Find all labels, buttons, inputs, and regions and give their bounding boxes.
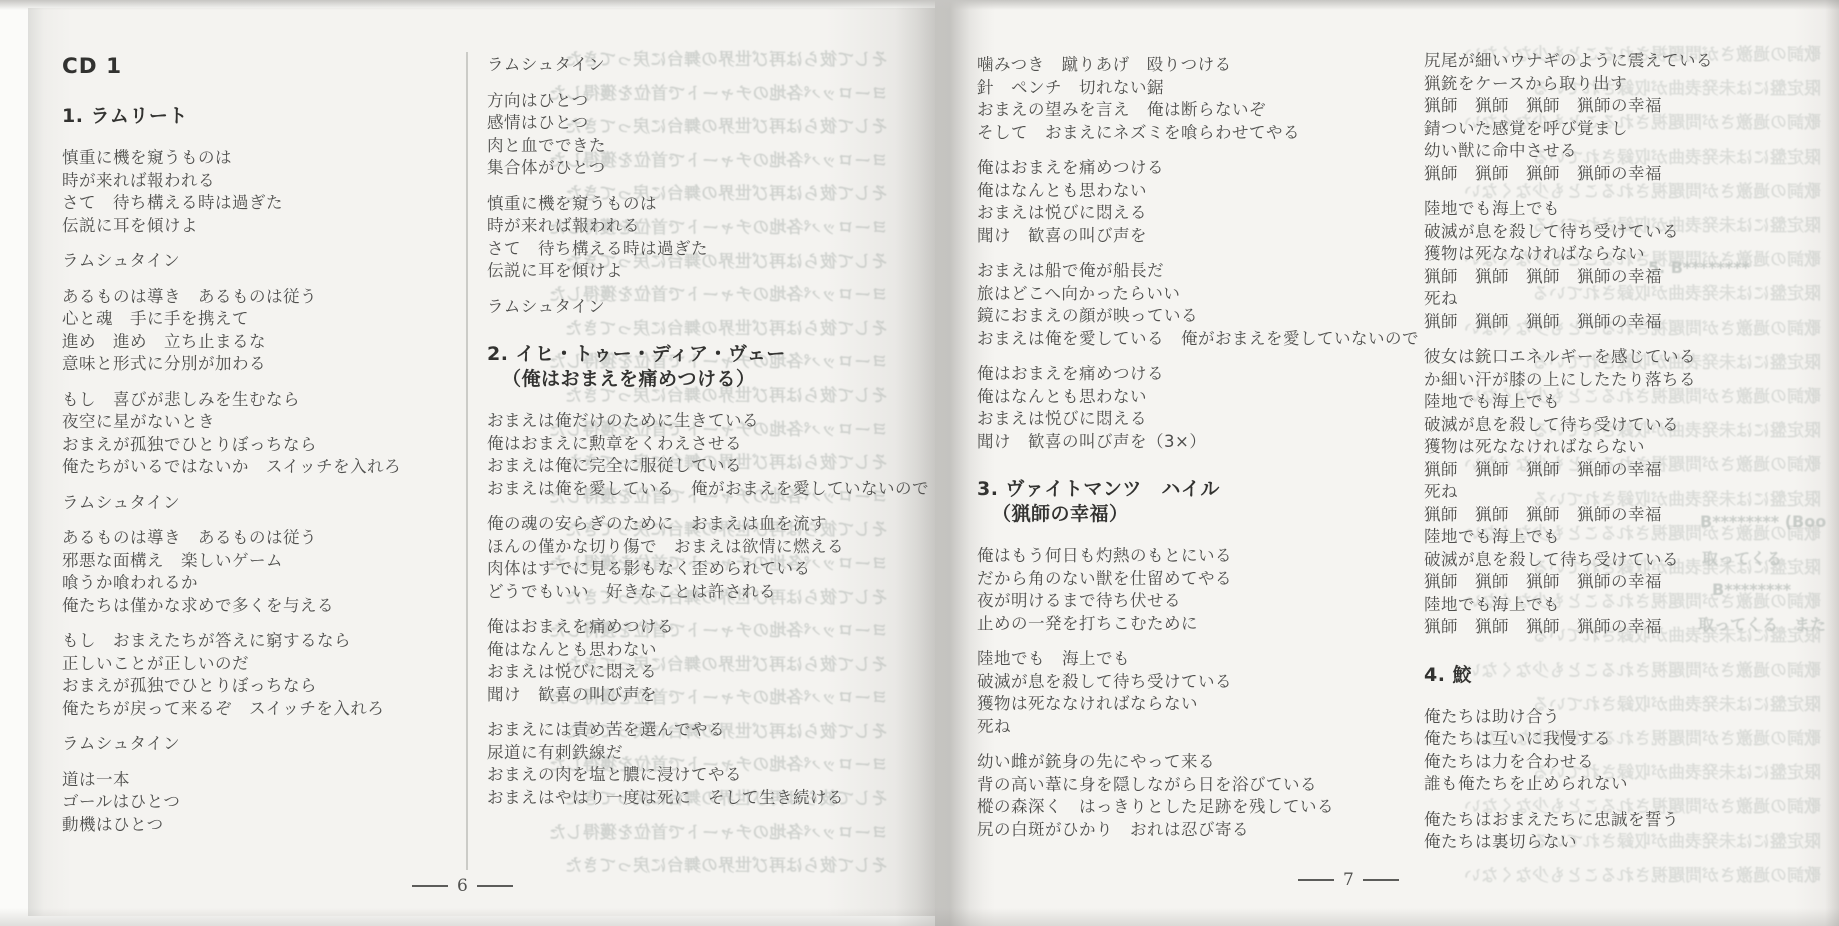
lyric-line: 喰うか喰われるか [62, 572, 432, 595]
lyric-line: もし 喜びが悲しみを生むなら [62, 389, 432, 412]
lyric-line: 進め 進め 立ち止まるな [62, 331, 432, 354]
lyric-line: 肉体はすでに見る影もなく歪められている [487, 558, 927, 581]
lyric-line: おまえが孤独でひとりぼっちなら [62, 675, 432, 698]
lyric-line: 背の高い葦に身を隠しながら日を浴びている [977, 774, 1422, 797]
stanza: おまえは船で俺が船長だ旅はどこへ向かったらいい鏡におまえの顔が映っているおまえは… [977, 260, 1422, 350]
lyric-line: 猟師 猟師 猟師 猟師の幸福 [1424, 266, 1824, 289]
lyric-line: 俺たちは互いに我慢する [1424, 728, 1824, 751]
lyric-line: 尻尾が細いウナギのように震えている [1424, 50, 1824, 73]
lyric-line: 破滅が息を殺して待ち受けている [1424, 549, 1824, 572]
stanza: 慎重に機を窺うものは時が来れば報われるさて 待ち構える時は過ぎた伝説に耳を傾けよ [62, 147, 432, 237]
page-number-dash [1298, 879, 1334, 881]
page6-column-1: CD 11. ラムリート慎重に機を窺うものは時が来れば報われるさて 待ち構える時… [62, 54, 432, 849]
fold-crease [466, 52, 468, 870]
lyric-line: 幼い獣に命中させる [1424, 140, 1824, 163]
lyric-line: 樅の森深く はっきりとした足跡を残している [977, 796, 1422, 819]
stanza: 俺はおまえを痛めつける俺はなんとも思わないおまえは悦びに悶える聞け 歓喜の叫び声… [487, 616, 927, 706]
lyric-line: 正しいことが正しいのだ [62, 653, 432, 676]
lyric-line: 慎重に機を窺うものは [62, 147, 432, 170]
song-title: 2. イヒ・トゥー・ディア・ヴェー（俺はおまえを痛めつける） [487, 342, 927, 392]
page7-column-1: 噛みつき 蹴りあげ 殴りつける針 ペンチ 切れない鋸おまえの望みを言え 俺は断ら… [977, 54, 1422, 854]
song-subtitle: （俺はおまえを痛めつける） [487, 367, 927, 392]
song-title-text: 3. ヴァイトマンツ ハイル [977, 477, 1422, 502]
stanza: 俺たちは助け合う俺たちは互いに我慢する俺たちは力を合わせる誰も俺たちを止められな… [1424, 706, 1824, 796]
lyric-line: 陸地でも海上でも [1424, 198, 1824, 221]
lyric-line: 錆ついた感覚を呼び覚まし [1424, 118, 1824, 141]
lyric-line: 破滅が息を殺して待ち受けている [977, 671, 1422, 694]
lyric-line: 破滅が息を殺して待ち受けている [1424, 221, 1824, 244]
lyric-line: 伝説に耳を傾けよ [487, 260, 927, 283]
lyric-line: 動機はひとつ [62, 814, 432, 837]
lyric-line: 死ね [1424, 288, 1824, 311]
lyric-line: 俺の魂の安らぎのために おまえは血を流す [487, 513, 927, 536]
song-title-text: 1. ラムリート [62, 104, 432, 129]
lyric-line: 陸地でも 海上でも [977, 648, 1422, 671]
lyric-line: ラムシュタイン [487, 296, 927, 319]
lyric-line: 猟師 猟師 猟師 猟師の幸福 [1424, 459, 1824, 482]
lyric-line: 猟師 猟師 猟師 猟師の幸福 [1424, 616, 1824, 639]
lyric-line: おまえは悦びに悶える [977, 408, 1422, 431]
page6-column-2: ラムシュタイン方向はひとつ感情はひとつ肉と血でできた集合体がひとつ慎重に機を窺う… [487, 54, 927, 822]
page-number-dash [1363, 879, 1399, 881]
lyric-line: 俺はおまえを痛めつける [487, 616, 927, 639]
lyric-line: おまえの望みを言え 俺は断らないぞ [977, 99, 1422, 122]
lyric-line: おまえには責め苦を選んでやる [487, 719, 927, 742]
lyric-line: 噛みつき 蹴りあげ 殴りつける [977, 54, 1422, 77]
stanza: 幼い雌が銃身の先にやって来る背の高い葦に身を隠しながら日を浴びている樅の森深く … [977, 751, 1422, 841]
song-title-text: 2. イヒ・トゥー・ディア・ヴェー [487, 342, 927, 367]
lyric-line: ラムシュタイン [62, 733, 432, 756]
stanza: 陸地でも 海上でも破滅が息を殺して待ち受けている獲物は死ななければならない死ね [977, 648, 1422, 738]
stanza: 尻尾が細いウナギのように震えている猟銃をケースから取り出す猟師 猟師 猟師 猟師… [1424, 50, 1824, 185]
lyric-line: 俺たちは裏切らない [1424, 831, 1824, 854]
page-number-right: 7 [1298, 870, 1399, 890]
lyric-line: 陸地でも海上でも [1424, 526, 1824, 549]
stanza: 道は一本ゴールはひとつ動機はひとつ [62, 769, 432, 837]
lyric-line: だから角のない獣を仕留めてやる [977, 568, 1422, 591]
lyric-line: 俺たちは力を合わせる [1424, 751, 1824, 774]
stanza: もし 喜びが悲しみを生むなら夜空に星がないときおまえが孤独でひとりぼっちなら俺た… [62, 389, 432, 479]
lyric-line: 獲物は死ななければならない [977, 693, 1422, 716]
stanza: ラムシュタイン [62, 250, 432, 273]
lyric-line: 道は一本 [62, 769, 432, 792]
lyric-line: さて 待ち構える時は過ぎた [487, 238, 927, 261]
stanza: おまえには責め苦を選んでやる尿道に有刺鉄線だおまえの肉を塩と膿に浸けてやるおまえ… [487, 719, 927, 809]
lyric-line: おまえはやはり一度は死に そして生き続ける [487, 787, 927, 810]
lyric-line: 破滅が息を殺して待ち受けている [1424, 414, 1824, 437]
lyric-line: ラムシュタイン [487, 54, 927, 77]
stanza: あるものは導き あるものは従う心と魂 手に手を携えて進め 進め 立ち止まるな意味… [62, 286, 432, 376]
lyric-line: 聞け 歓喜の叫び声を [487, 684, 927, 707]
page-number-dash [412, 885, 448, 887]
song-title: 1. ラムリート [62, 104, 432, 129]
lyric-line: 俺たちはおまえたちに忠誠を誓う [1424, 809, 1824, 832]
lyric-line: 伝説に耳を傾けよ [62, 215, 432, 238]
lyric-line: おまえは悦びに悶える [487, 661, 927, 684]
lyric-line: 猟師 猟師 猟師 猟師の幸福 [1424, 95, 1824, 118]
lyric-line: おまえは船で俺が船長だ [977, 260, 1422, 283]
lyric-line: 俺たちは僅かな求めで多くを与える [62, 595, 432, 618]
lyric-line: おまえは俺に完全に服従している [487, 455, 927, 478]
lyric-line: 心と魂 手に手を携えて [62, 308, 432, 331]
lyric-line: 邪悪な面構え 楽しいゲーム [62, 550, 432, 573]
lyric-line: 時が来れば報われる [487, 215, 927, 238]
lyric-line: 尿道に有刺鉄線だ [487, 742, 927, 765]
page-number-value: 7 [1343, 870, 1354, 890]
page-number-left: 6 [412, 876, 513, 896]
stanza: ラムシュタイン [62, 733, 432, 756]
lyric-line: おまえは俺を愛している 俺がおまえを愛していないので [977, 328, 1422, 351]
stanza: 慎重に機を窺うものは時が来れば報われるさて 待ち構える時は過ぎた伝説に耳を傾けよ [487, 193, 927, 283]
song-title: 4. 鮫 [1424, 663, 1824, 688]
stanza: あるものは導き あるものは従う邪悪な面構え 楽しいゲーム喰うか喰われるか俺たちは… [62, 527, 432, 617]
lyric-line: おまえは悦びに悶える [977, 202, 1422, 225]
lyric-line: そして おまえにネズミを喰らわせてやる [977, 122, 1422, 145]
stanza: ラムシュタイン [487, 54, 927, 77]
lyric-line: 鏡におまえの顔が映っている [977, 305, 1422, 328]
lyric-line: おまえの肉を塩と膿に浸けてやる [487, 764, 927, 787]
lyric-line: 俺はなんとも思わない [487, 639, 927, 662]
stanza: 俺はおまえを痛めつける俺はなんとも思わないおまえは悦びに悶える聞け 歓喜の叫び声… [977, 157, 1422, 247]
lyric-line: 幼い雌が銃身の先にやって来る [977, 751, 1422, 774]
stanza: 俺たちはおまえたちに忠誠を誓う俺たちは裏切らない [1424, 809, 1824, 854]
lyric-line: 猟師 猟師 猟師 猟師の幸福 [1424, 571, 1824, 594]
lyric-line: 尻の白斑がひかり おれは忍び寄る [977, 819, 1422, 842]
lyric-line: 猟師 猟師 猟師 猟師の幸福 [1424, 163, 1824, 186]
lyric-line: か細い汗が膝の上にしたたり落ちる [1424, 369, 1824, 392]
lyric-line: 猟師 猟師 猟師 猟師の幸福 [1424, 311, 1824, 334]
lyric-line: 猟師 猟師 猟師 猟師の幸福 [1424, 504, 1824, 527]
lyric-line: 慎重に機を窺うものは [487, 193, 927, 216]
lyric-line: 陸地でも海上でも [1424, 391, 1824, 414]
lyric-line: ゴールはひとつ [62, 791, 432, 814]
lyric-line: 俺たちがいるではないか スイッチを入れろ [62, 456, 432, 479]
lyric-line: 針 ペンチ 切れない鋸 [977, 77, 1422, 100]
lyric-line: 死ね [1424, 481, 1824, 504]
song-title: 3. ヴァイトマンツ ハイル（猟師の幸福） [977, 477, 1422, 527]
song-subtitle: （猟師の幸福） [977, 502, 1422, 527]
lyric-line: どうでもいい 好きなことは許される [487, 581, 927, 604]
lyric-line: 感情はひとつ [487, 112, 927, 135]
lyric-line: 俺はおまえを痛めつける [977, 157, 1422, 180]
page-number-value: 6 [457, 876, 468, 896]
lyric-line: 止めの一発を打ちこむために [977, 613, 1422, 636]
lyric-line: 俺たちが戻って来るぞ スイッチを入れろ [62, 698, 432, 721]
lyric-line: ラムシュタイン [62, 250, 432, 273]
stanza: ラムシュタイン [487, 296, 927, 319]
lyric-line: 誰も俺たちを止められない [1424, 773, 1824, 796]
cd-heading: CD 1 [62, 54, 432, 80]
lyric-line: 猟銃をケースから取り出す [1424, 73, 1824, 96]
stanza: 俺はおまえを痛めつける俺はなんとも思わないおまえは悦びに悶える聞け 歓喜の叫び声… [977, 363, 1422, 453]
stanza: 噛みつき 蹴りあげ 殴りつける針 ペンチ 切れない鋸おまえの望みを言え 俺は断ら… [977, 54, 1422, 144]
lyric-line: ラムシュタイン [62, 492, 432, 515]
lyric-line: 俺はおまえに勲章をくわえさせる [487, 433, 927, 456]
lyric-line: 俺はなんとも思わない [977, 180, 1422, 203]
lyric-line: 獲物は死ななければならない [1424, 436, 1824, 459]
lyric-line: 俺はもう何日も灼熱のもとにいる [977, 545, 1422, 568]
lyric-line: 俺はおまえを痛めつける [977, 363, 1422, 386]
stanza: おまえは俺だけのために生きている俺はおまえに勲章をくわえさせるおまえは俺に完全に… [487, 410, 927, 500]
lyric-line: 旅はどこへ向かったらいい [977, 283, 1422, 306]
lyric-line: さて 待ち構える時は過ぎた [62, 192, 432, 215]
lyric-line: 夜が明けるまで待ち伏せる [977, 590, 1422, 613]
lyric-line: 死ね [977, 716, 1422, 739]
lyric-line: あるものは導き あるものは従う [62, 286, 432, 309]
lyric-line: 彼女は銃口エネルギーを感じている [1424, 346, 1824, 369]
lyric-line: おまえは俺だけのために生きている [487, 410, 927, 433]
song-title-text: 4. 鮫 [1424, 663, 1824, 688]
lyric-line: 意味と形式に分別が加わる [62, 353, 432, 376]
lyric-line: 夜空に星がないとき [62, 411, 432, 434]
lyric-line: 俺はなんとも思わない [977, 386, 1422, 409]
stanza: 彼女は銃口エネルギーを感じているか細い汗が膝の上にしたたり落ちる陸地でも海上でも… [1424, 346, 1824, 639]
lyric-line: 肉と血でできた [487, 135, 927, 158]
stanza: 陸地でも海上でも破滅が息を殺して待ち受けている獲物は死ななければならない猟師 猟… [1424, 198, 1824, 333]
lyric-line: おまえは俺を愛している 俺がおまえを愛していないので [487, 478, 927, 501]
page7-column-2: 尻尾が細いウナギのように震えている猟銃をケースから取り出す猟師 猟師 猟師 猟師… [1424, 50, 1824, 867]
lyric-line: おまえが孤独でひとりぼっちなら [62, 434, 432, 457]
lyric-line: あるものは導き あるものは従う [62, 527, 432, 550]
lyric-line: 方向はひとつ [487, 90, 927, 113]
lyric-line: 聞け 歓喜の叫び声を [977, 225, 1422, 248]
lyric-line: 時が来れば報われる [62, 170, 432, 193]
stanza: もし おまえたちが答えに窮するなら正しいことが正しいのだおまえが孤独でひとりぼっ… [62, 630, 432, 720]
lyric-line: もし おまえたちが答えに窮するなら [62, 630, 432, 653]
stanza: 方向はひとつ感情はひとつ肉と血でできた集合体がひとつ [487, 90, 927, 180]
lyric-line: 獲物は死ななければならない [1424, 243, 1824, 266]
lyric-line: ほんの僅かな切り傷で おまえは欲情に燃える [487, 536, 927, 559]
lyric-line: 聞け 歓喜の叫び声を（3×） [977, 431, 1422, 454]
page-number-dash [477, 885, 513, 887]
lyric-line: 俺たちは助け合う [1424, 706, 1824, 729]
stanza: 俺の魂の安らぎのために おまえは血を流すほんの僅かな切り傷で おまえは欲情に燃え… [487, 513, 927, 603]
lyric-line: 陸地でも海上でも [1424, 594, 1824, 617]
stanza: 俺はもう何日も灼熱のもとにいるだから角のない獣を仕留めてやる夜が明けるまで待ち伏… [977, 545, 1422, 635]
stanza: ラムシュタイン [62, 492, 432, 515]
lyric-line: 集合体がひとつ [487, 157, 927, 180]
booklet-scan: そして彼らは再び世界の舞台に戻ってきたヨーロッパ各地のチャートで首位を獲得したそ… [0, 0, 1839, 926]
